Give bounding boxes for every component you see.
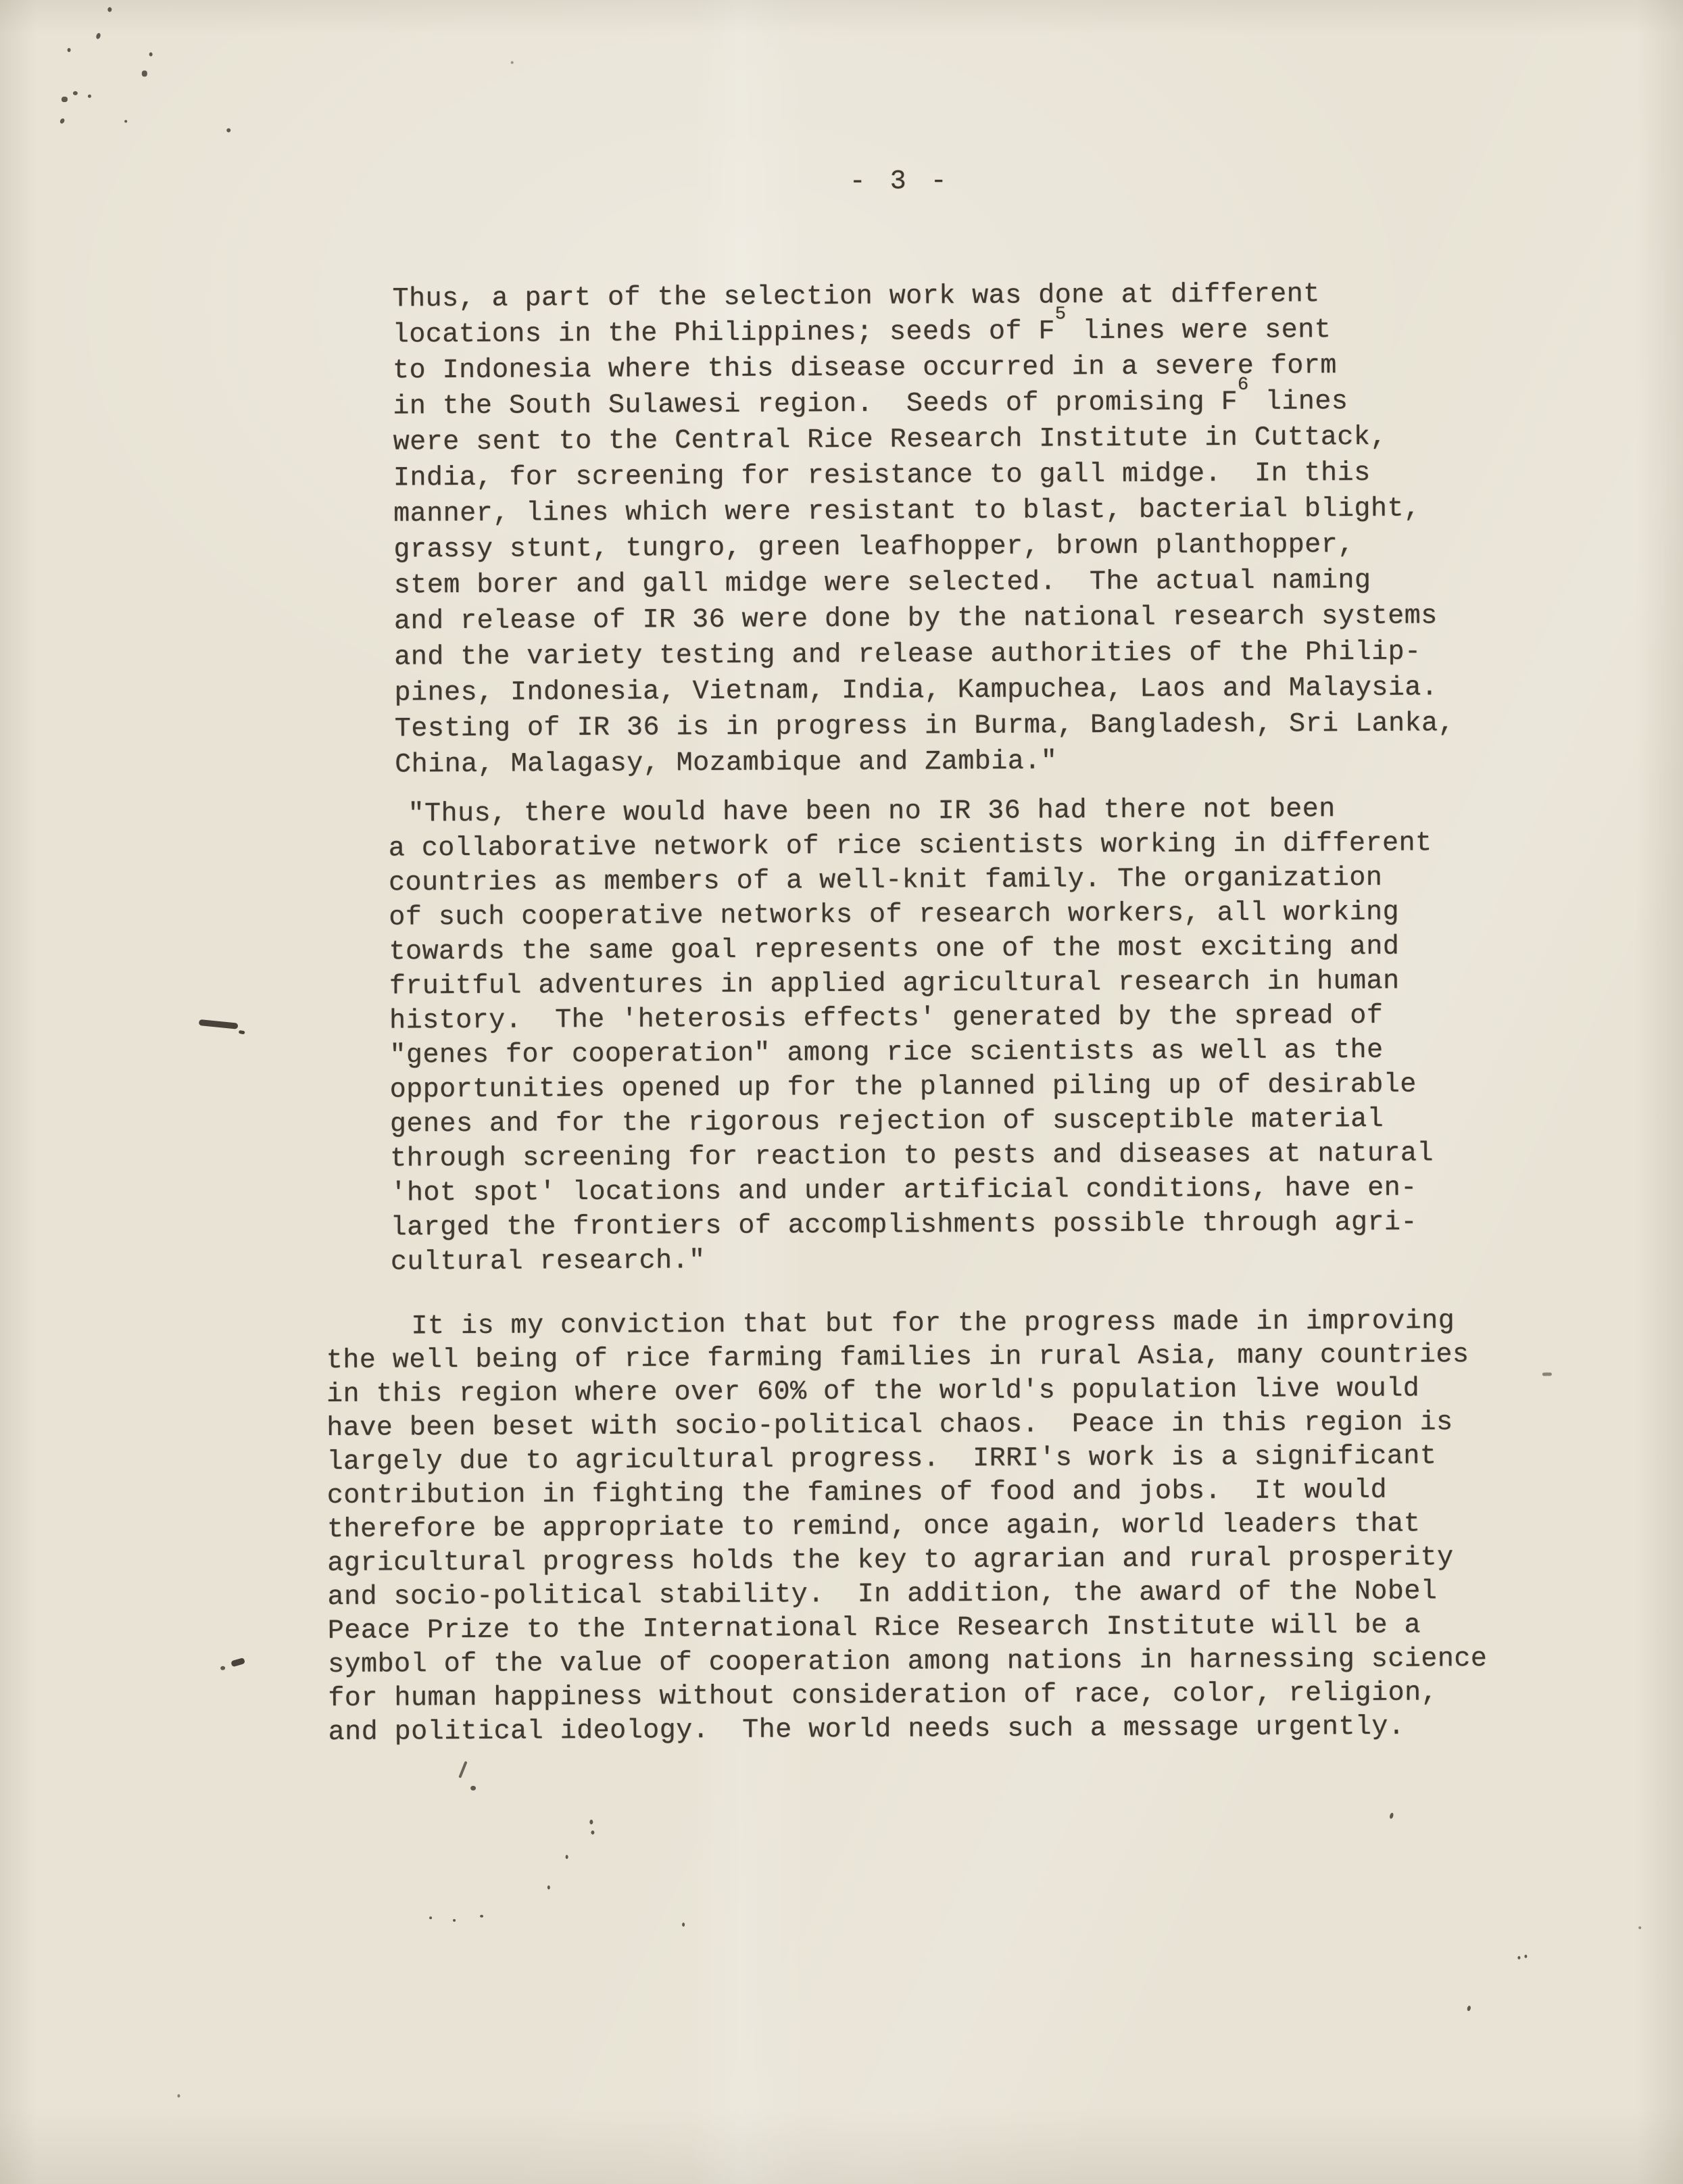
paper-speck: [149, 52, 153, 56]
text-line: were sent to the Central Rice Research I…: [393, 419, 1454, 460]
pen-dash-mark: [199, 1019, 239, 1029]
pen-dash-tail: [239, 1030, 245, 1034]
paper-speck: [470, 1786, 476, 1791]
text-line: largely due to agricultural progress. IR…: [326, 1440, 1486, 1480]
text-line: opportunities opened up for the planned …: [390, 1067, 1434, 1107]
text-line: agricultural progress holds the key to a…: [327, 1541, 1487, 1581]
paper-speck: [1517, 1956, 1520, 1960]
text-line: grassy stunt, tungro, green leafhopper, …: [393, 527, 1454, 568]
text-line: and the variety testing and release auth…: [394, 634, 1455, 675]
paper-speck: [226, 128, 230, 132]
paper-speck: [1638, 1926, 1641, 1929]
paper-speck: [1524, 1955, 1527, 1958]
text-line: a collaborative network of rice scientis…: [389, 826, 1432, 866]
paper-speck: [142, 70, 147, 76]
paragraph-quote-second: "Thus, there would have been no IR 36 ha…: [388, 792, 1434, 1280]
paper-speck: [73, 91, 78, 95]
paper-speck: [95, 32, 101, 39]
text-line: Peace Prize to the International Rice Re…: [328, 1609, 1488, 1649]
margin-dash-mark: [1542, 1373, 1552, 1376]
paper-speck: [177, 2094, 180, 2097]
text-line: symbol of the value of cooperation among…: [328, 1643, 1488, 1682]
paper-speck: [62, 97, 68, 102]
text-line: for human happiness without consideratio…: [328, 1676, 1488, 1716]
text-line: of such cooperative networks of research…: [389, 895, 1432, 935]
text-line: in the South Sulawesi region. Seeds of p…: [393, 383, 1453, 424]
paper-speck: [1467, 2006, 1471, 2012]
paper-speck: [480, 1915, 483, 1918]
page-number: - 3 -: [850, 166, 951, 199]
text-line: "genes for cooperation" among rice scien…: [389, 1033, 1433, 1073]
paper-speck: [124, 120, 127, 123]
paragraph-closing: It is my conviction that but for the pro…: [326, 1305, 1488, 1750]
text-line: "Thus, there would have been no IR 36 ha…: [388, 792, 1432, 831]
paper-speck: [547, 1885, 550, 1889]
text-line: in this region where over 60% of the wor…: [326, 1372, 1486, 1412]
text-line: Thus, a part of the selection work was d…: [392, 276, 1453, 317]
text-line: contribution in fighting the famines of …: [327, 1474, 1487, 1513]
paper-speck: [107, 7, 112, 12]
text-line: countries as members of a well-knit fami…: [389, 860, 1432, 900]
text-line: India, for screening for resistance to g…: [393, 455, 1454, 496]
text-line: towards the same goal represents one of …: [389, 929, 1432, 969]
paragraph-quote-continuation: Thus, a part of the selection work was d…: [392, 276, 1455, 783]
text-line: 'hot spot' locations and under artificia…: [390, 1171, 1434, 1211]
paper-speck: [511, 62, 514, 64]
text-line: history. The 'heterosis effects' generat…: [389, 998, 1433, 1038]
text-line: genes and for the rigorous rejection of …: [390, 1102, 1434, 1142]
text-line: therefore be appropriate to remind, once…: [327, 1507, 1487, 1547]
text-line: and political ideology. The world needs …: [328, 1710, 1488, 1750]
text-line: the well being of rice farming families …: [326, 1338, 1486, 1378]
page-content: - 3 - Thus, a part of the selection work…: [0, 0, 1683, 2184]
text-line: larged the frontiers of accomplishments …: [391, 1205, 1434, 1245]
text-line: through screening for reaction to pests …: [390, 1136, 1434, 1176]
paper-speck: [591, 1830, 594, 1835]
text-line: China, Malagasy, Mozambique and Zambia.": [395, 742, 1455, 783]
text-line: cultural research.": [391, 1240, 1434, 1280]
paper-speck: [59, 118, 66, 124]
paper-speck: [429, 1916, 432, 1919]
paper-speck: [589, 1820, 593, 1824]
text-line: pines, Indonesia, Vietnam, India, Kampuc…: [394, 670, 1455, 711]
ink-streak: [458, 1761, 467, 1778]
text-line: and socio-political stability. In additi…: [327, 1575, 1487, 1615]
text-line: and release of IR 36 were done by the na…: [394, 598, 1455, 639]
paper-speck: [88, 95, 91, 98]
scanned-document-page: - 3 - Thus, a part of the selection work…: [0, 0, 1683, 2184]
text-line: to Indonesia where this disease occurred…: [393, 347, 1453, 389]
small-dash-mark: [230, 1657, 245, 1667]
text-line: have been beset with socio-political cha…: [326, 1406, 1486, 1446]
paper-speck: [1389, 1812, 1394, 1819]
text-line: It is my conviction that but for the pro…: [326, 1305, 1486, 1344]
paper-speck: [453, 1919, 456, 1922]
paper-speck: [566, 1855, 568, 1859]
paper-speck: [220, 1666, 225, 1670]
text-line: locations in the Philippines; seeds of F…: [393, 312, 1453, 353]
paper-speck: [68, 48, 71, 52]
text-line: fruitful adventures in applied agricultu…: [389, 964, 1433, 1004]
text-line: Testing of IR 36 is in progress in Burma…: [395, 706, 1455, 747]
paper-speck: [682, 1922, 685, 1926]
text-line: manner, lines which were resistant to bl…: [393, 491, 1454, 532]
text-line: stem borer and gall midge were selected.…: [394, 562, 1455, 604]
